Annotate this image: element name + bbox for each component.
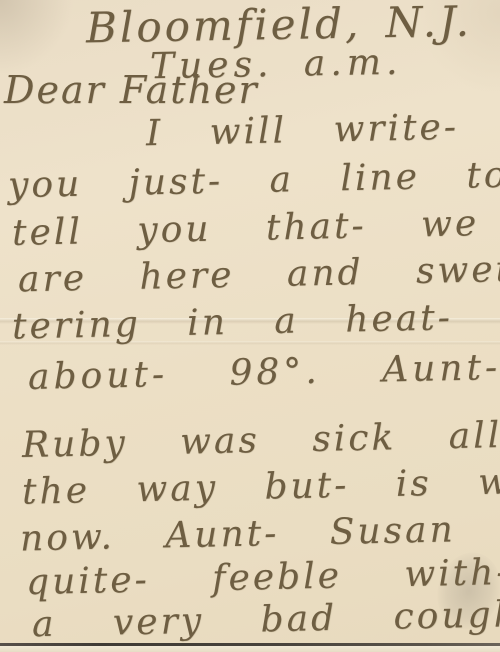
letter-body-line: you just- a line to xyxy=(8,155,500,206)
letter-body-line: tering in a heat- of xyxy=(12,295,500,347)
letter-page: Bloomfield, N.J. Tues. a.m. Dear Father … xyxy=(0,0,500,644)
letter-body-line: the way but- is well xyxy=(22,460,500,512)
letter-scan: Bloomfield, N.J. Tues. a.m. Dear Father … xyxy=(0,0,500,652)
underlying-sheet xyxy=(0,646,500,652)
letter-salutation: Dear Father xyxy=(4,68,259,112)
letter-body-line: I will write- xyxy=(146,107,460,155)
letter-body-line: are here and swet- xyxy=(18,249,500,301)
letter-body-line: tell you that- we xyxy=(12,203,480,254)
letter-body-line: about- 98°. Aunt- xyxy=(28,347,500,398)
letter-body-line: Ruby was sick all xyxy=(22,415,500,466)
letter-body-line: now. Aunt- Susan is xyxy=(20,508,500,560)
